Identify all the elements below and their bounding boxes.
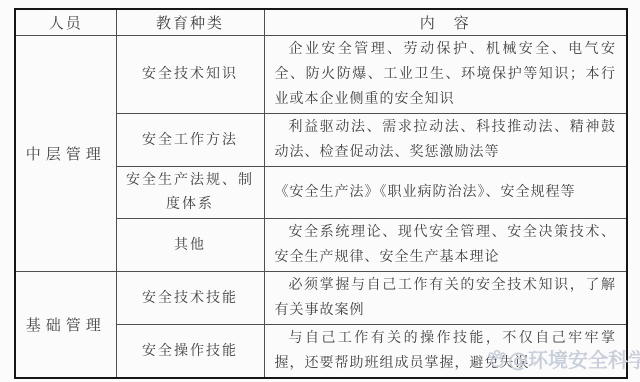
education-type-cell: 安全生产法规、制度体系 — [116, 166, 264, 218]
table-row: 中层管理 安全技术知识 企业安全管理、劳动保护、机械安全、电气安全、防火防爆、工… — [15, 35, 627, 113]
content-cell: 与自己工作有关的操作技能，不仅自己牢牢掌握，还要帮助班组成员掌握，避免失误 — [264, 324, 627, 378]
safety-education-table: 人员 教育种类 内 容 中层管理 安全技术知识 企业安全管理、劳动保护、机械安全… — [14, 8, 628, 379]
education-type-cell: 安全技术知识 — [116, 35, 264, 113]
education-type-cell: 安全技术技能 — [116, 271, 264, 324]
personnel-cell-basic-management: 基础管理 — [15, 271, 116, 378]
header-content: 内 容 — [264, 9, 627, 35]
content-cell: 安全系统理论、现代安全管理、安全决策技术、安全生产规律、安全生产基本理论 — [264, 218, 627, 271]
content-cell: 企业安全管理、劳动保护、机械安全、电气安全、防火防爆、工业卫生、环境保护等知识；… — [264, 35, 627, 113]
education-type-cell: 其他 — [116, 218, 264, 271]
content-cell: 利益驱动法、需求拉动法、科技推动法、精神鼓动法、检查促动法、奖惩激励法等 — [264, 113, 627, 166]
education-type-cell: 安全工作方法 — [116, 113, 264, 166]
header-row: 人员 教育种类 内 容 — [15, 9, 627, 35]
table-row: 基础管理 安全技术技能 必须掌握与自己工作有关的安全技术知识，了解有关事故案例 — [15, 271, 627, 324]
content-cell: 必须掌握与自己工作有关的安全技术知识，了解有关事故案例 — [264, 271, 627, 324]
education-type-cell: 安全操作技能 — [116, 324, 264, 378]
header-personnel: 人员 — [15, 9, 116, 35]
header-education-type: 教育种类 — [116, 9, 264, 35]
content-cell: 《安全生产法》《职业病防治法》、安全规程等 — [264, 166, 627, 218]
personnel-cell-middle-management: 中层管理 — [15, 35, 116, 271]
